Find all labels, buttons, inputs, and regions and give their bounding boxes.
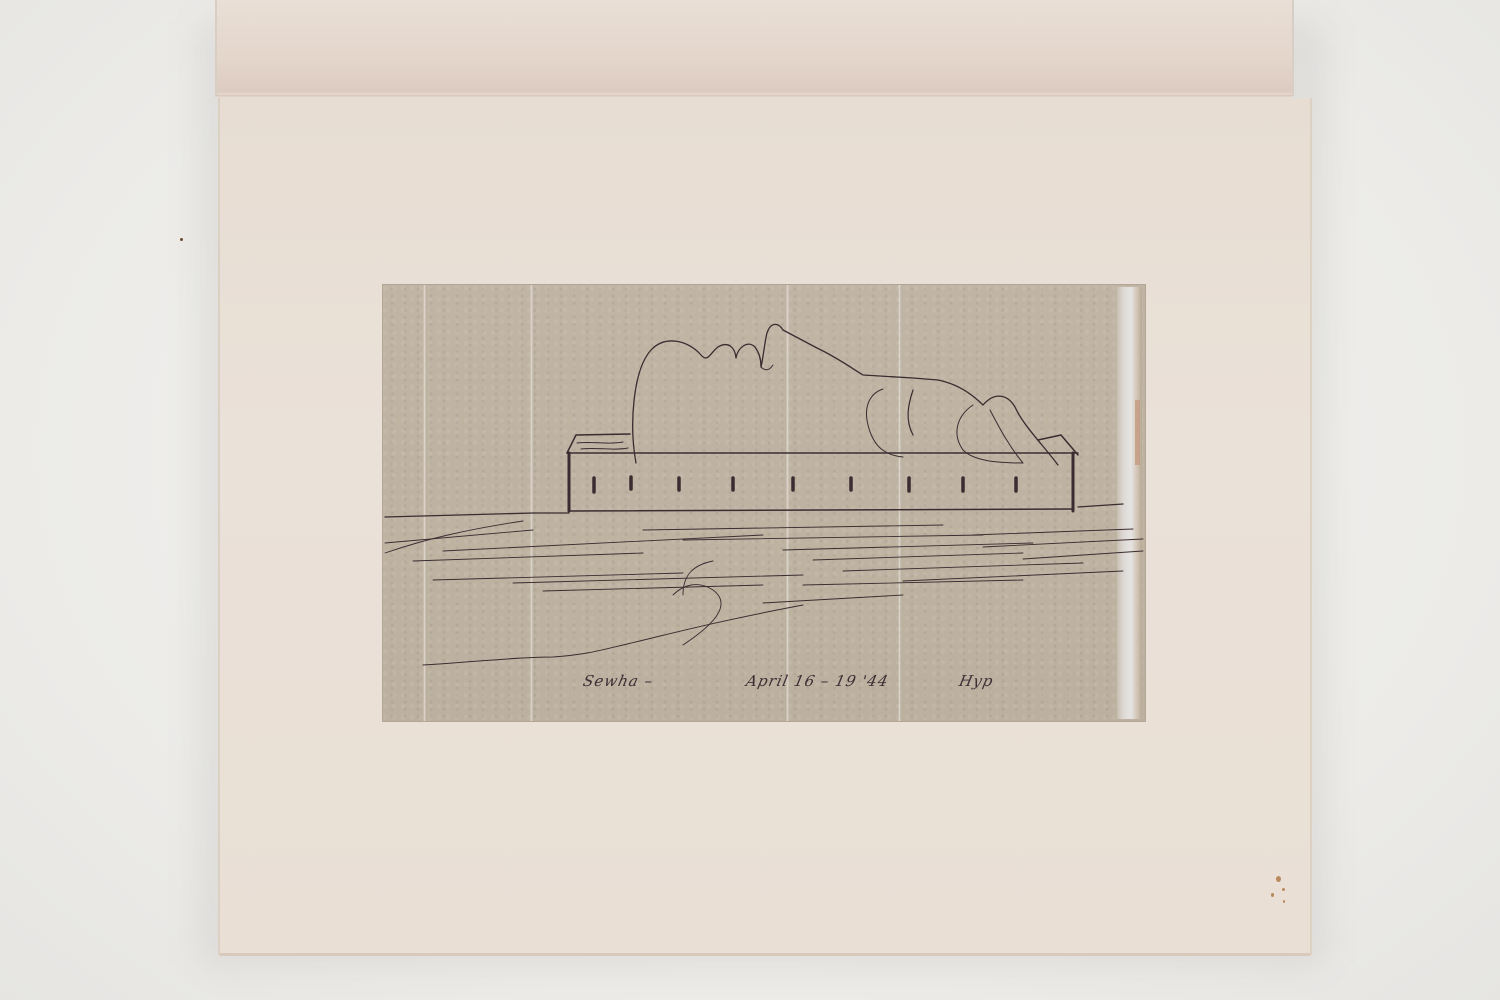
building-roof	[567, 434, 630, 453]
foxing-stain	[180, 238, 183, 241]
foxing-stain	[1283, 900, 1285, 903]
ground-hatching	[385, 521, 1143, 603]
caption-initials: Hyp	[955, 672, 996, 702]
building-windows	[594, 477, 1016, 492]
figure-outline	[633, 324, 1058, 465]
caption-place: Sewha –	[579, 672, 655, 702]
ink-sketch	[383, 285, 1145, 721]
foxing-stain	[1276, 876, 1281, 882]
foxing-stain	[1282, 888, 1285, 891]
caption-date: April 16 – 19 '44	[742, 672, 891, 702]
foxing-stain	[1271, 893, 1274, 897]
facing-page-upper	[215, 0, 1294, 96]
